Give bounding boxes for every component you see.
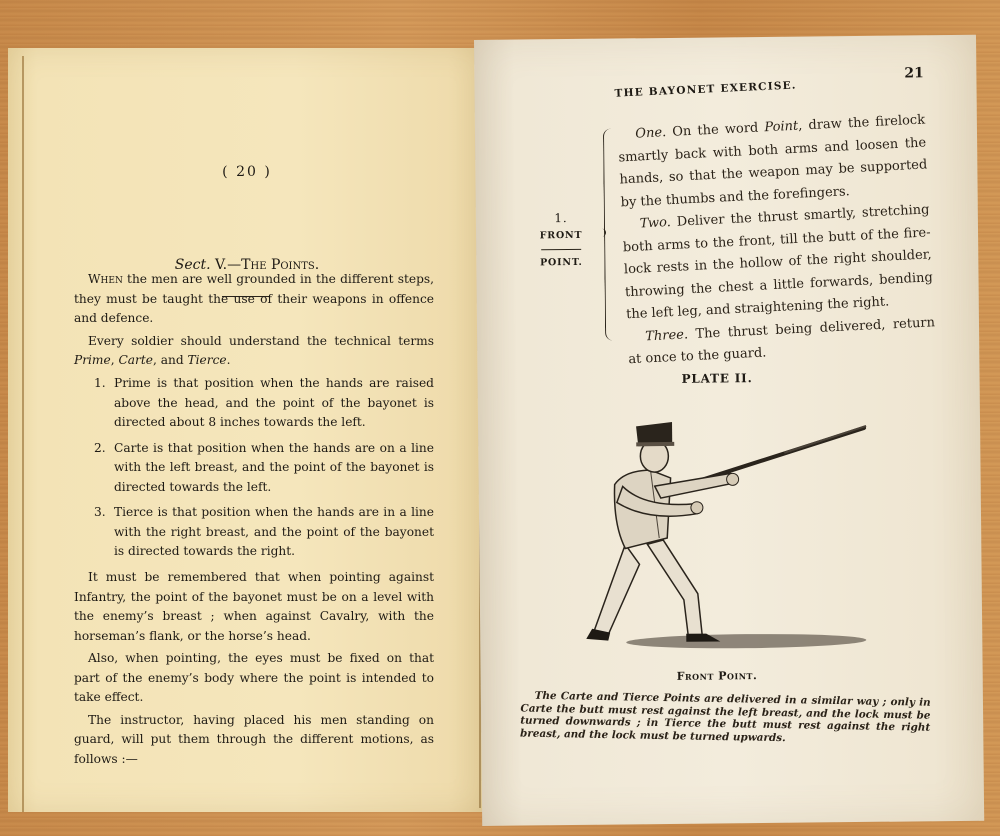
margin-note-rule	[541, 249, 581, 250]
drill-instructions: One. On the word Point, draw the fireloc…	[617, 109, 937, 371]
definition-item: 3. Tierce is that position when the hand…	[94, 503, 434, 562]
drill-step-two: Two. Deliver the thrust smartly, stretch…	[621, 199, 934, 326]
page-number-left: ( 20 )	[8, 164, 486, 180]
plate-caption-title: Front Point.	[677, 669, 758, 683]
intro-paragraphs: When the men are well grounded in the di…	[74, 270, 434, 371]
plate-title: PLATE II.	[681, 371, 752, 386]
closing-paragraph: The instructor, having placed his men st…	[74, 711, 434, 770]
definition-item: 2. Carte is that position when the hands…	[94, 439, 434, 498]
margin-note-line2: POINT.	[526, 254, 596, 273]
margin-note-number: 1.	[526, 209, 596, 228]
intro-paragraph-1: When the men are well grounded in the di…	[74, 270, 434, 329]
definition-list: 1. Prime is that position when the hands…	[94, 374, 434, 568]
soldier-illustration	[554, 402, 877, 655]
intro-paragraph-2: Every soldier should understand the tech…	[74, 332, 434, 371]
left-page: ( 20 ) Sect. V.—The Points. When the men…	[8, 48, 486, 812]
margin-note-line1: FRONT	[526, 227, 596, 246]
margin-note: 1. FRONT POINT.	[526, 209, 597, 273]
curly-brace	[603, 129, 614, 341]
closing-paragraph: It must be remembered that when pointing…	[74, 568, 434, 646]
plate-caption-text: The Carte and Tierce Points are delivere…	[520, 690, 931, 747]
right-page: 21 THE BAYONET EXERCISE. 1. FRONT POINT.…	[474, 35, 984, 826]
page-number-right: 21	[904, 65, 924, 81]
closing-paragraphs: It must be remembered that when pointing…	[74, 568, 434, 769]
definition-item: 1. Prime is that position when the hands…	[94, 374, 434, 433]
closing-paragraph: Also, when pointing, the eyes must be fi…	[74, 649, 434, 708]
drill-step-one: One. On the word Point, draw the fireloc…	[617, 109, 929, 214]
running-head: THE BAYONET EXERCISE.	[614, 79, 797, 99]
